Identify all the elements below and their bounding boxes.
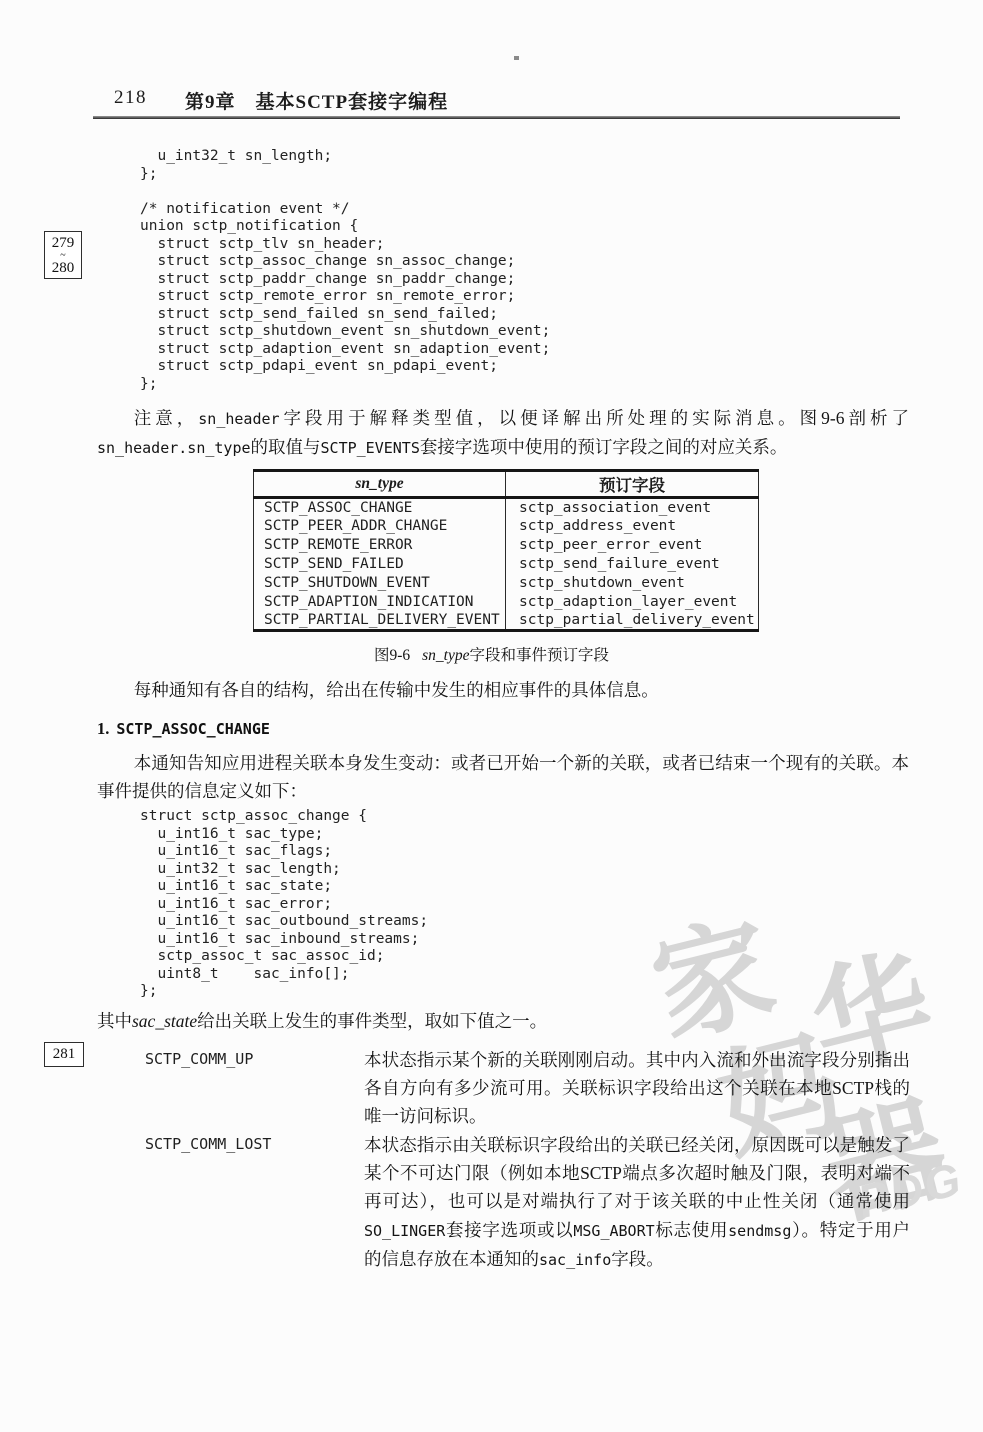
inline-code-sn-header: sn_header [198, 410, 279, 428]
inline-code-sendmsg: sendmsg [728, 1222, 791, 1240]
inline-code-so-linger: SO_LINGER [364, 1222, 445, 1240]
table-cell-field: sctp_association_event [506, 498, 759, 517]
table-cell-sn-type: SCTP_SHUTDOWN_EVENT [254, 574, 506, 593]
section-heading: 1.SCTP_ASSOC_CHANGE [97, 719, 270, 739]
header-rule [93, 116, 900, 119]
code-block-sctp-assoc-change: struct sctp_assoc_change { u_int16_t sac… [140, 808, 428, 1001]
text-run: 其中 [97, 1011, 132, 1031]
table-header-subscription-field: 预订字段 [506, 471, 759, 498]
table-header-row: sn_type 预订字段 [254, 471, 759, 498]
margin-page-box: 281 [44, 1042, 84, 1067]
figure-caption-text: 字段和事件预订字段 [470, 647, 610, 664]
table-cell-sn-type: SCTP_PARTIAL_DELIVERY_EVENT [254, 612, 506, 631]
inline-code-sac-info: sac_info [539, 1251, 611, 1269]
definition-desc-sctp-comm-up: 本状态指示某个新的关联刚刚启动。其中内入流和外出流字段分别指出各自方向有多少流可… [364, 1046, 910, 1131]
text-run: 给出关联上发生的事件类型，取如下值之一。 [197, 1011, 547, 1031]
table-cell-field: sctp_partial_delivery_event [506, 612, 759, 631]
table-row: SCTP_SHUTDOWN_EVENT sctp_shutdown_event [254, 574, 759, 593]
margin-tilde: ~ [47, 251, 79, 260]
table-cell-sn-type: SCTP_PEER_ADDR_CHANGE [254, 517, 506, 536]
paragraph-assoc-intro: 本通知告知应用进程关联本身发生变动：或者已开始一个新的关联，或者已结束一个现有的… [97, 749, 909, 805]
paragraph-sn-header-note: 注意，sn_header字段用于解释类型值，以便译解出所处理的实际消息。图9-6… [97, 404, 909, 462]
scan-artifact-dot [514, 56, 519, 60]
table-cell-field: sctp_send_failure_event [506, 555, 759, 574]
table-cell-sn-type: SCTP_REMOTE_ERROR [254, 536, 506, 555]
inline-code-msg-abort: MSG_ABORT [573, 1222, 654, 1240]
text-run: 套接字选项中使用的预订字段之间的对应关系。 [420, 437, 788, 457]
text-run: 注意， [134, 408, 199, 428]
text-run: 标志使用 [655, 1220, 729, 1240]
table-row: SCTP_ADAPTION_INDICATION sctp_adaption_l… [254, 593, 759, 612]
text-run: 字段。 [611, 1249, 664, 1269]
margin-page-number: 281 [53, 1046, 76, 1062]
table-cell-field: sctp_peer_error_event [506, 536, 759, 555]
code-block-sctp-notification: u_int32_t sn_length; }; /* notification … [140, 148, 550, 393]
table-cell-sn-type: SCTP_SEND_FAILED [254, 555, 506, 574]
book-page: 家 华 妈 器 PDG 218 第9章 基本SCTP套接字编程 u_int32_… [0, 0, 983, 1432]
table-row: SCTP_ASSOC_CHANGE sctp_association_event [254, 498, 759, 517]
table-row: SCTP_SEND_FAILED sctp_send_failure_event [254, 555, 759, 574]
figure-caption-number: 图9-6 [374, 647, 410, 664]
paragraph-sac-state: 其中sac_state给出关联上发生的事件类型，取如下值之一。 [97, 1007, 909, 1035]
table-cell-field: sctp_shutdown_event [506, 574, 759, 593]
inline-code-sn-type: sn_header.sn_type [97, 439, 251, 457]
figure-caption-italic: sn_type [422, 647, 469, 664]
definition-desc-sctp-comm-lost: 本状态指示由关联标识字段给出的关联已经关闭，原因既可以是触发了某个不可达门限（例… [364, 1131, 910, 1274]
chapter-title: 第9章 基本SCTP套接字编程 [185, 87, 448, 114]
table-cell-field: sctp_address_event [506, 517, 759, 536]
margin-page-bottom: 280 [47, 260, 79, 276]
figure-caption: 图9-6sn_type字段和事件预订字段 [0, 643, 983, 665]
section-name: SCTP_ASSOC_CHANGE [116, 720, 270, 738]
section-number: 1. [97, 719, 109, 738]
text-run: 字段用于解释类型值，以便译解出所处理的实际消息。图9-6剖析了 [280, 408, 909, 428]
table-cell-sn-type: SCTP_ASSOC_CHANGE [254, 498, 506, 517]
inline-code-sctp-events: SCTP_EVENTS [321, 439, 420, 457]
text-run: 的取值与 [251, 437, 321, 457]
margin-page-top: 279 [47, 235, 79, 251]
text-run: 套接字选项或以 [445, 1220, 573, 1240]
text-run: 本状态指示某个新的关联刚刚启动。其中内入流和外出流字段分别指出各自方向有多少流可… [364, 1050, 910, 1126]
definition-term-sctp-comm-up: SCTP_COMM_UP [145, 1050, 253, 1068]
definition-term-sctp-comm-lost: SCTP_COMM_LOST [145, 1135, 271, 1153]
table-cell-sn-type: SCTP_ADAPTION_INDICATION [254, 593, 506, 612]
figure-9-6-table: sn_type 预订字段 SCTP_ASSOC_CHANGE sctp_asso… [253, 469, 759, 632]
table-header-sn-type: sn_type [254, 471, 506, 498]
paragraph-each-notification: 每种通知有各自的结构，给出在传输中发生的相应事件的具体信息。 [97, 676, 909, 704]
page-number: 218 [114, 87, 147, 109]
table-row: SCTP_PARTIAL_DELIVERY_EVENT sctp_partial… [254, 612, 759, 631]
table-row: SCTP_REMOTE_ERROR sctp_peer_error_event [254, 536, 759, 555]
table-row: SCTP_PEER_ADDR_CHANGE sctp_address_event [254, 517, 759, 536]
table-cell-field: sctp_adaption_layer_event [506, 593, 759, 612]
margin-page-range-box: 279 ~ 280 [44, 231, 82, 279]
italic-sac-state: sac_state [132, 1011, 197, 1031]
text-run: 本状态指示由关联标识字段给出的关联已经关闭，原因既可以是触发了某个不可达门限（例… [364, 1135, 910, 1211]
